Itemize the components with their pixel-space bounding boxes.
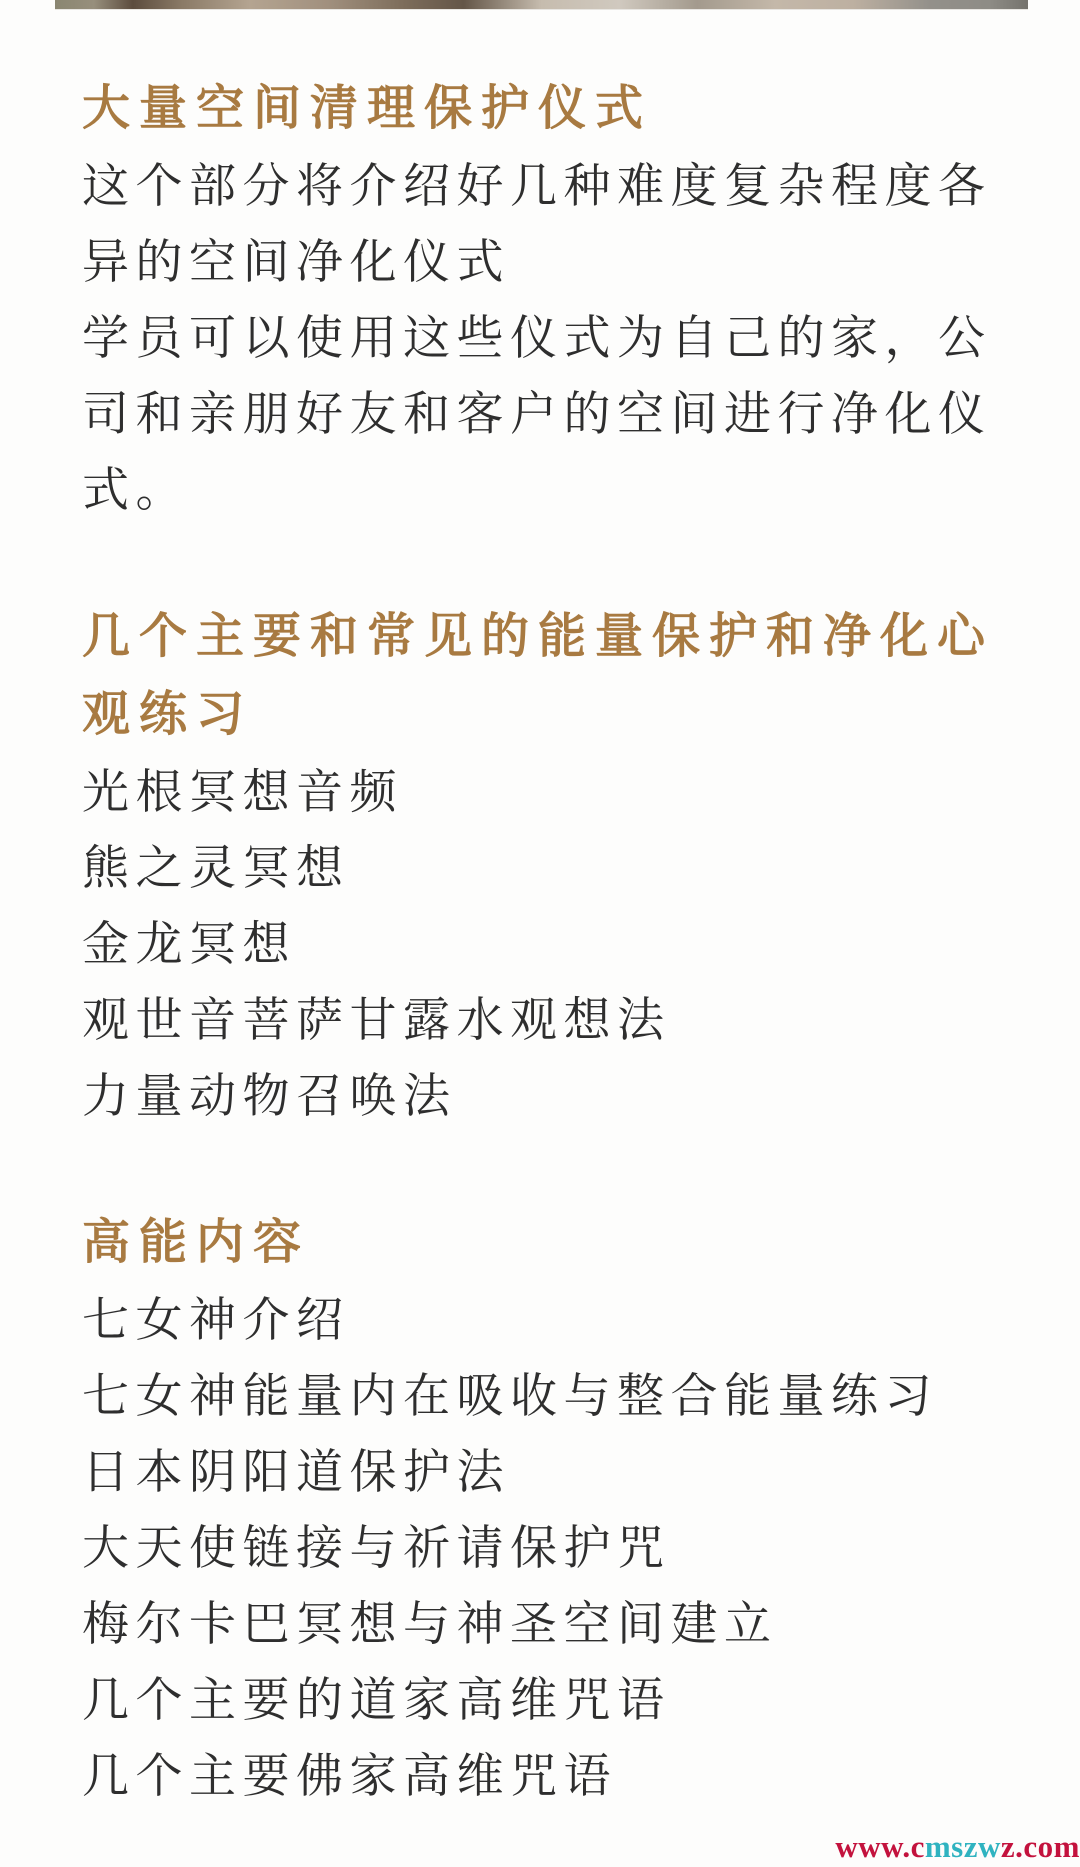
page: 大量空间清理保护仪式 这个部分将介绍好几种难度复杂程度各异的空间净化仪式 学员可… [0,0,1080,1867]
paragraph-intro: 这个部分将介绍好几种难度复杂程度各异的空间净化仪式 [82,148,1020,300]
list-item: 日本阴阳道保护法 [82,1434,1020,1510]
list-item: 七女神介绍 [82,1282,1020,1358]
section-heading-advanced-content: 高能内容 [82,1204,1020,1282]
cropped-photo-strip [55,0,1028,10]
paragraph-usage: 学员可以使用这些仪式为自己的家，公司和亲朋好友和客户的空间进行净化仪式。 [82,300,1020,528]
list-item: 观世音菩萨甘露水观想法 [82,982,1020,1058]
site-watermark: www.cmszwz.com [835,1829,1080,1865]
watermark-part-3: z.com [1001,1829,1080,1864]
section-heading-space-clearing: 大量空间清理保护仪式 [82,70,1020,148]
section-heading-protection-practices: 几个主要和常见的能量保护和净化心观练习 [82,598,1020,754]
list-item: 熊之灵冥想 [82,830,1020,906]
list-item: 光根冥想音频 [82,754,1020,830]
list-item: 几个主要的道家高维咒语 [82,1662,1020,1738]
list-item: 梅尔卡巴冥想与神圣空间建立 [82,1586,1020,1662]
watermark-part-2: mszw [925,1829,1001,1864]
list-item: 大天使链接与祈请保护咒 [82,1510,1020,1586]
course-outline: 大量空间清理保护仪式 这个部分将介绍好几种难度复杂程度各异的空间净化仪式 学员可… [82,70,1020,1814]
list-item: 力量动物召唤法 [82,1058,1020,1134]
list-item: 七女神能量内在吸收与整合能量练习 [82,1358,1020,1434]
list-item: 几个主要佛家高维咒语 [82,1738,1020,1814]
watermark-part-1: www.c [835,1829,924,1864]
list-item: 金龙冥想 [82,906,1020,982]
